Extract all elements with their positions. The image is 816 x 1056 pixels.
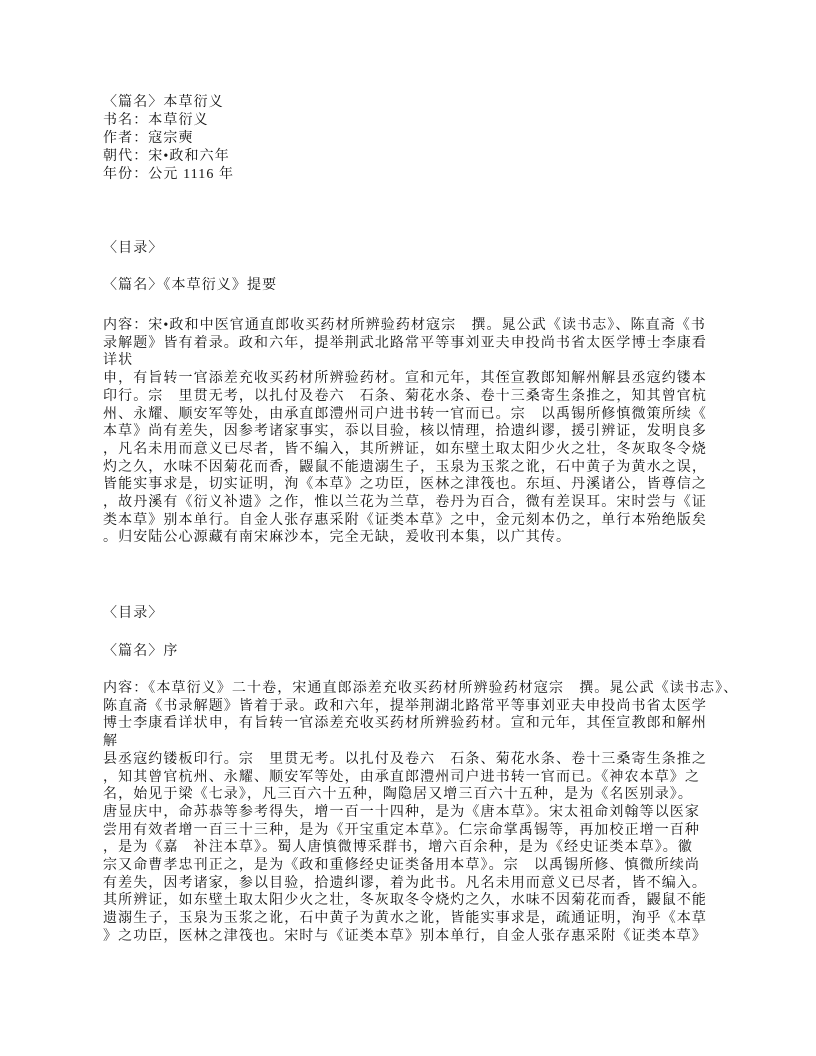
toc-marker-1: 〈目录〉 <box>103 240 163 257</box>
text-line: 陈直斋《书录解题》皆着于录。政和六年，提举荆湖北路常平等事刘亚夫申投尚书省太医学 <box>103 698 738 716</box>
text-line: 灼之久，水味不因菊花而香，鼹鼠不能遗溺生子，玉泉为玉浆之讹，石中黄子为黄水之误， <box>103 459 707 477</box>
text-line: 州、永耀、顺安军等处，由承直郎澧州司户进书转一官而已。宗 以禹锡所修慎微策所续《 <box>103 406 707 424</box>
text-line: 本草》尚有差失，因参考诸家事实，忝以目验，核以情理，拾遗纠谬，援引辨证，发明良多 <box>103 423 707 441</box>
text-line: 其所辨证，如东壁土取太阳少火之壮，冬灰取冬令烧灼之久，水味不因菊花而香，鼹鼠不能 <box>103 892 738 910</box>
text-line: ，凡名未用而意义已尽者，皆不编入，其所辨证，如东壁土取太阳少火之壮，冬灰取冬令烧 <box>103 441 707 459</box>
text-line: 》之功臣，医林之津筏也。宋时与《证类本草》别本单行，自金人张存惠采附《证类本草》 <box>103 928 738 946</box>
section-title-preface: 〈篇名〉序 <box>103 643 179 660</box>
text-line: 类本草》别本单行。自金人张存惠采附《证类本草》之中，金元刻本仍之，单行本殆绝版矣 <box>103 512 707 530</box>
toc-marker-2: 〈目录〉 <box>103 605 163 622</box>
text-line: ，知其曾官杭州、永耀、顺安军等处，由承直郎澧州司户进书转一官而已。《神农本草》之 <box>103 769 738 787</box>
text-line: 申，有旨转一官添差充收买药材所辨验药材。宣和元年，其侄宣教郎知解州解县丞寇约镂本 <box>103 370 707 388</box>
text-line: 详状 <box>103 352 707 370</box>
text-line: 内容：宋•政和中医官通直郎收买药材所辨验药材寇宗 撰。晁公武《读书志》、陈直斋《… <box>103 317 707 335</box>
text-line: 录解题》皆有着录。政和六年，提举荆武北路常平等事刘亚夫申投尚书省太医学博士李康看 <box>103 335 707 353</box>
text-line: ，是为《嘉 补注本草》。蜀人唐慎微博采群书，增六百余种，是为《经史证类本草》。徽 <box>103 839 738 857</box>
text-line: 有差失，因考诸家，参以目验，拾遗纠谬，着为此书。凡名未用而意义已尽者，皆不编入。 <box>103 875 738 893</box>
meta-line: 〈篇名〉本草衍义 <box>103 94 234 112</box>
preface-paragraph: 内容：《本草衍义》二十卷，宋通直郎添差充收买药材所辨验药材寇宗 撰。晁公武《读书… <box>103 680 738 946</box>
text-line: 皆能实事求是，切实证明，洵《本草》之功臣，医林之津筏也。东垣、丹溪诸公，皆尊信之 <box>103 476 707 494</box>
meta-line: 年份：公元 1116 年 <box>103 166 234 184</box>
meta-line: 书名：本草衍义 <box>103 112 234 130</box>
text-line: 博士李康看详状申，有旨转一官添差充收买药材所辨验药材。宣和元年，其侄宣教郎和解州 <box>103 715 738 733</box>
text-line: 遗溺生子，玉泉为玉浆之讹，石中黄子为黄水之讹，皆能实事求是，疏通证明，洵乎《本草 <box>103 910 738 928</box>
text-line: 宗又命曹孝忠刊正之，是为《政和重修经史证类备用本草》。宗 以禹锡所修、慎微所续尚 <box>103 857 738 875</box>
section-title-abstract: 〈篇名〉《本草衍义》提要 <box>103 277 277 294</box>
text-line: ，故丹溪有《衍义补遗》之作，惟以兰花为兰草，卷丹为百合，微有差误耳。宋时尝与《证 <box>103 494 707 512</box>
text-line: 县丞寇约镂板印行。宗 里贯无考。以扎付及卷六 石条、菊花水条、卷十三桑寄生条推之 <box>103 751 738 769</box>
text-line: 。归安陆公心源藏有南宋麻沙本，完全无缺，爰收刊本集，以广其传。 <box>103 529 707 547</box>
document-page: 〈篇名〉本草衍义书名：本草衍义作者：寇宗奭朝代：宋•政和六年年份：公元 1116… <box>0 0 816 1056</box>
text-line: 内容：《本草衍义》二十卷，宋通直郎添差充收买药材所辨验药材寇宗 撰。晁公武《读书… <box>103 680 738 698</box>
text-line: 解 <box>103 733 738 751</box>
meta-line: 朝代：宋•政和六年 <box>103 148 234 166</box>
text-line: 名，始见于梁《七录》，凡三百六十五种，陶隐居又增三百六十五种，是为《名医别录》。 <box>103 786 738 804</box>
abstract-paragraph: 内容：宋•政和中医官通直郎收买药材所辨验药材寇宗 撰。晁公武《读书志》、陈直斋《… <box>103 317 707 547</box>
text-line: 尝用有效者增一百三十三种，是为《开宝重定本草》。仁宗命掌禹锡等，再加校正增一百种 <box>103 822 738 840</box>
document-meta: 〈篇名〉本草衍义书名：本草衍义作者：寇宗奭朝代：宋•政和六年年份：公元 1116… <box>103 94 234 184</box>
text-line: 唐显庆中，命苏恭等参考得失，增一百一十四种，是为《唐本草》。宋太祖命刘翰等以医家 <box>103 804 738 822</box>
text-line: 印行。宗 里贯无考，以扎付及卷六 石条、菊花水条、卷十三桑寄生条推之，知其曾官杭 <box>103 388 707 406</box>
meta-line: 作者：寇宗奭 <box>103 130 234 148</box>
